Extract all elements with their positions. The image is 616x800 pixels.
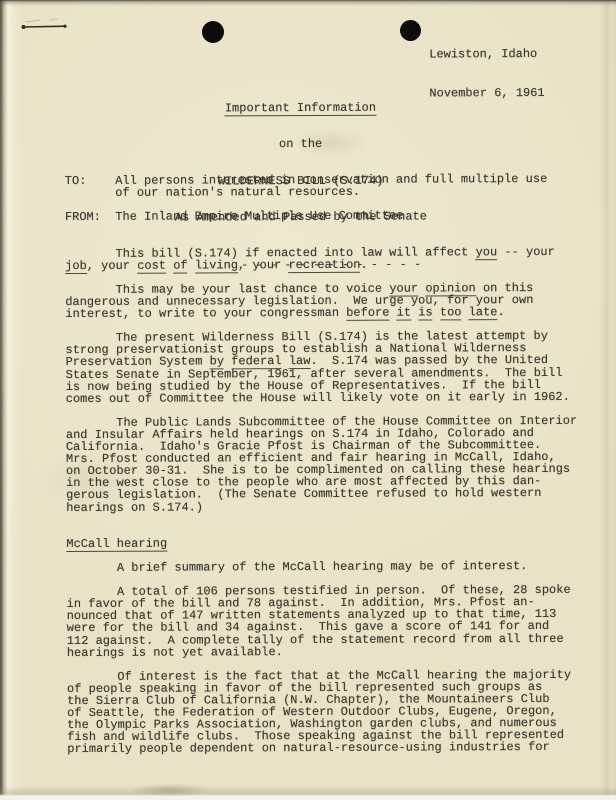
body-line: comes out of Committee the House will li… — [66, 391, 577, 405]
scanned-page: Lewiston, Idaho November 6, 1961 Importa… — [0, 0, 616, 800]
body-line: primarily people dependent on natural-re… — [67, 741, 578, 755]
dateline-place: Lewiston, Idaho — [429, 48, 544, 62]
title-line-1-text: Important Information — [225, 101, 376, 117]
title-line-1: Important Information — [0, 101, 602, 116]
body-line: gerous legislation. (The Senate Committe… — [66, 487, 577, 501]
document-body: TO: All persons interested in conservati… — [65, 173, 579, 756]
title-line-2: on the — [0, 137, 603, 152]
body-line: interest, to write to your congressman b… — [65, 306, 576, 320]
body-line: 112 against. A complete tally of the sta… — [67, 632, 578, 646]
typewritten-content: Lewiston, Idaho November 6, 1961 Importa… — [0, 0, 616, 800]
body-line: A brief summary of the McCall hearing ma… — [66, 560, 577, 574]
